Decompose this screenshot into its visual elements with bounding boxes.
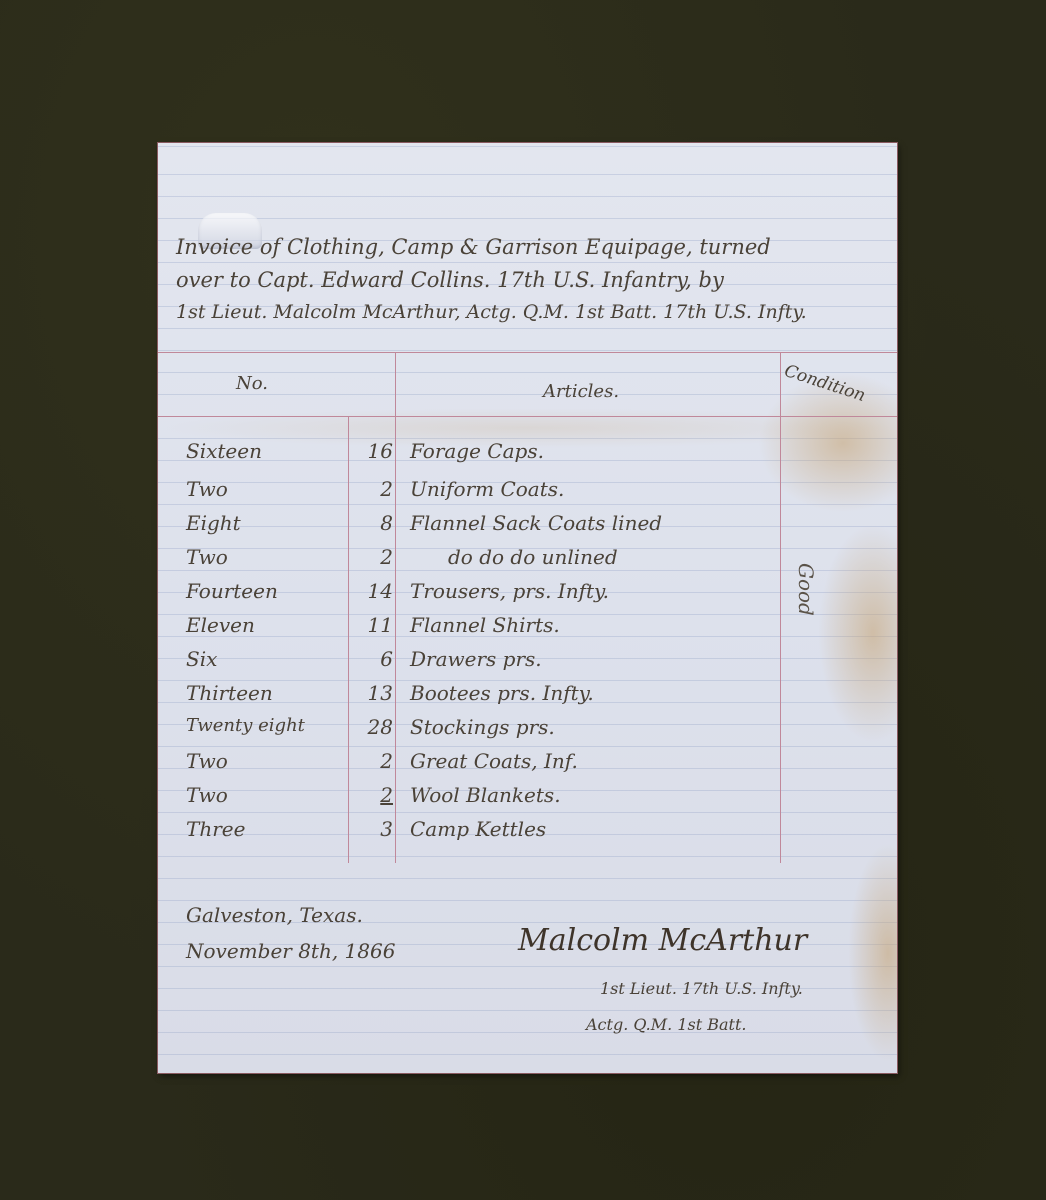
articles-column-rule (395, 352, 396, 863)
row-article: Forage Caps. (410, 439, 544, 463)
condition-value: Good (794, 563, 818, 616)
row-number: 8 (353, 511, 393, 535)
row-article: Uniform Coats. (410, 477, 564, 501)
row-number: 2 (353, 783, 393, 807)
row-number: 2 (353, 749, 393, 773)
invoice-document: Invoice of Clothing, Camp & Garrison Equ… (158, 143, 897, 1073)
row-article: Stockings prs. (410, 715, 555, 739)
row-number: 14 (353, 579, 393, 603)
row-article: Flannel Shirts. (410, 613, 560, 637)
row-number: 3 (353, 817, 393, 841)
row-number: 28 (353, 715, 393, 739)
row-article: Drawers prs. (410, 647, 542, 671)
row-number: 11 (353, 613, 393, 637)
title-line-3: 1st Lieut. Malcolm McArthur, Actg. Q.M. … (176, 301, 807, 323)
row-number-word: Eleven (186, 613, 255, 637)
row-number-word: Two (186, 477, 228, 501)
title-line-1: Invoice of Clothing, Camp & Garrison Equ… (176, 235, 771, 259)
row-number-word: Thirteen (186, 681, 273, 705)
row-article: Great Coats, Inf. (410, 749, 578, 773)
header-articles: Articles. (543, 381, 619, 402)
signature-title-1: 1st Lieut. 17th U.S. Infty. (600, 979, 803, 998)
row-article: Wool Blankets. (410, 783, 561, 807)
row-article: Camp Kettles (410, 817, 546, 841)
row-number: 6 (353, 647, 393, 671)
row-number-word: Twenty eight (186, 715, 305, 736)
row-number-word: Two (186, 749, 228, 773)
header-number: No. (236, 373, 268, 394)
place-text: Galveston, Texas. (186, 903, 363, 927)
row-number: 13 (353, 681, 393, 705)
row-number-word: Two (186, 545, 228, 569)
table-top-rule (158, 352, 897, 353)
row-number: 2 (353, 545, 393, 569)
row-number-word: Fourteen (186, 579, 278, 603)
row-number: 16 (353, 439, 393, 463)
row-number-word: Sixteen (186, 439, 262, 463)
row-number-word: Two (186, 783, 228, 807)
row-number: 2 (353, 477, 393, 501)
condition-column-rule (780, 352, 781, 863)
title-line-2: over to Capt. Edward Collins. 17th U.S. … (176, 268, 724, 292)
number-column-rule (348, 416, 349, 863)
header-bottom-rule (158, 416, 897, 417)
row-number-word: Six (186, 647, 217, 671)
date-text: November 8th, 1866 (186, 939, 395, 963)
signature-name: Malcolm McArthur (518, 923, 807, 958)
row-article: Trousers, prs. Infty. (410, 579, 609, 603)
row-article: do do do unlined (448, 545, 618, 569)
row-number-word: Eight (186, 511, 241, 535)
row-article: Flannel Sack Coats lined (410, 511, 662, 535)
row-number-word: Three (186, 817, 245, 841)
signature-title-2: Actg. Q.M. 1st Batt. (586, 1015, 746, 1034)
row-article: Bootees prs. Infty. (410, 681, 594, 705)
